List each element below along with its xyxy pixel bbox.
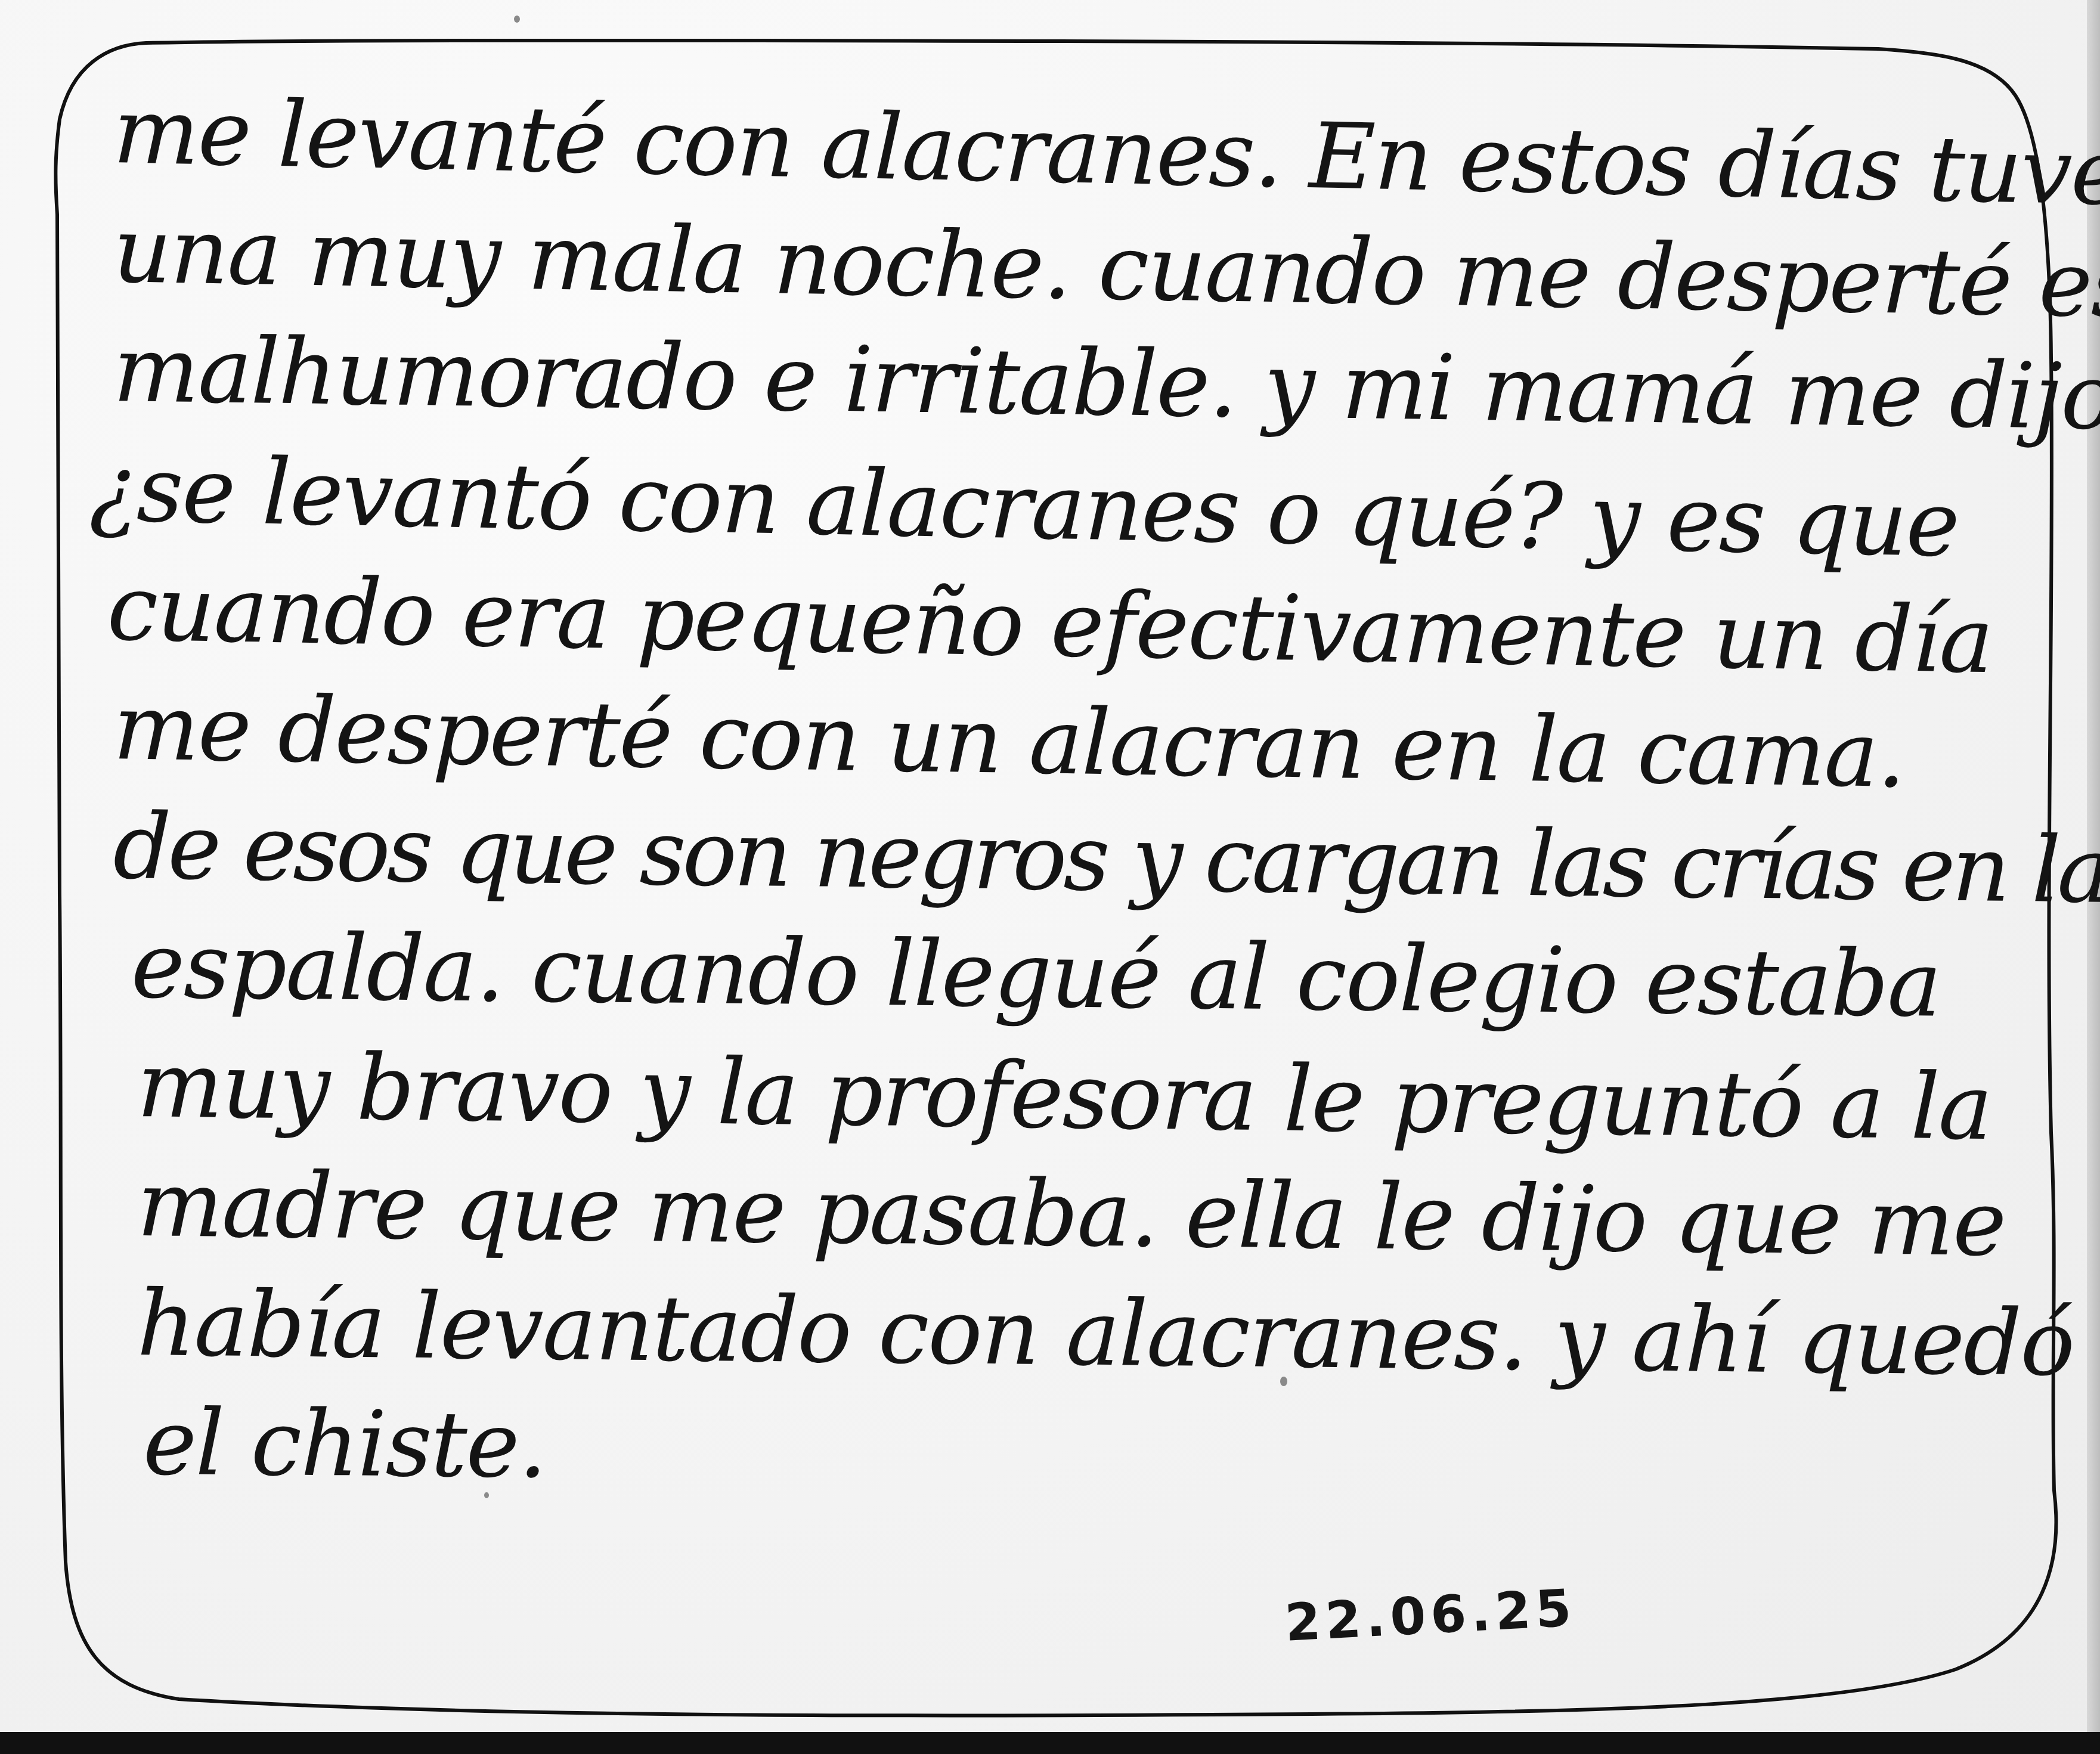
note-line: espalda. cuando llegué al colegio estaba [131,906,1980,1045]
note-line: madre que me pasaba. ella le dijo que me [137,1145,1986,1283]
paper-speck [1280,1377,1287,1386]
paper-speck [484,1492,489,1498]
note-line: el chiste. [143,1383,1991,1516]
note-line: de esos que son negros y cargan las cría… [113,787,1962,929]
note-body: me levanté con alacranes. En estos días … [113,72,1962,1502]
note-line: muy bravo y la profesora le preguntó a l… [137,1025,1986,1167]
paper-edge-bottom [0,1732,2100,1754]
note-line: había levantado con alacranes. y ahí que… [137,1264,1986,1402]
note-line: malhumorado e irritable. y mi mamá me di… [113,310,1962,455]
paper-speck [514,16,520,23]
